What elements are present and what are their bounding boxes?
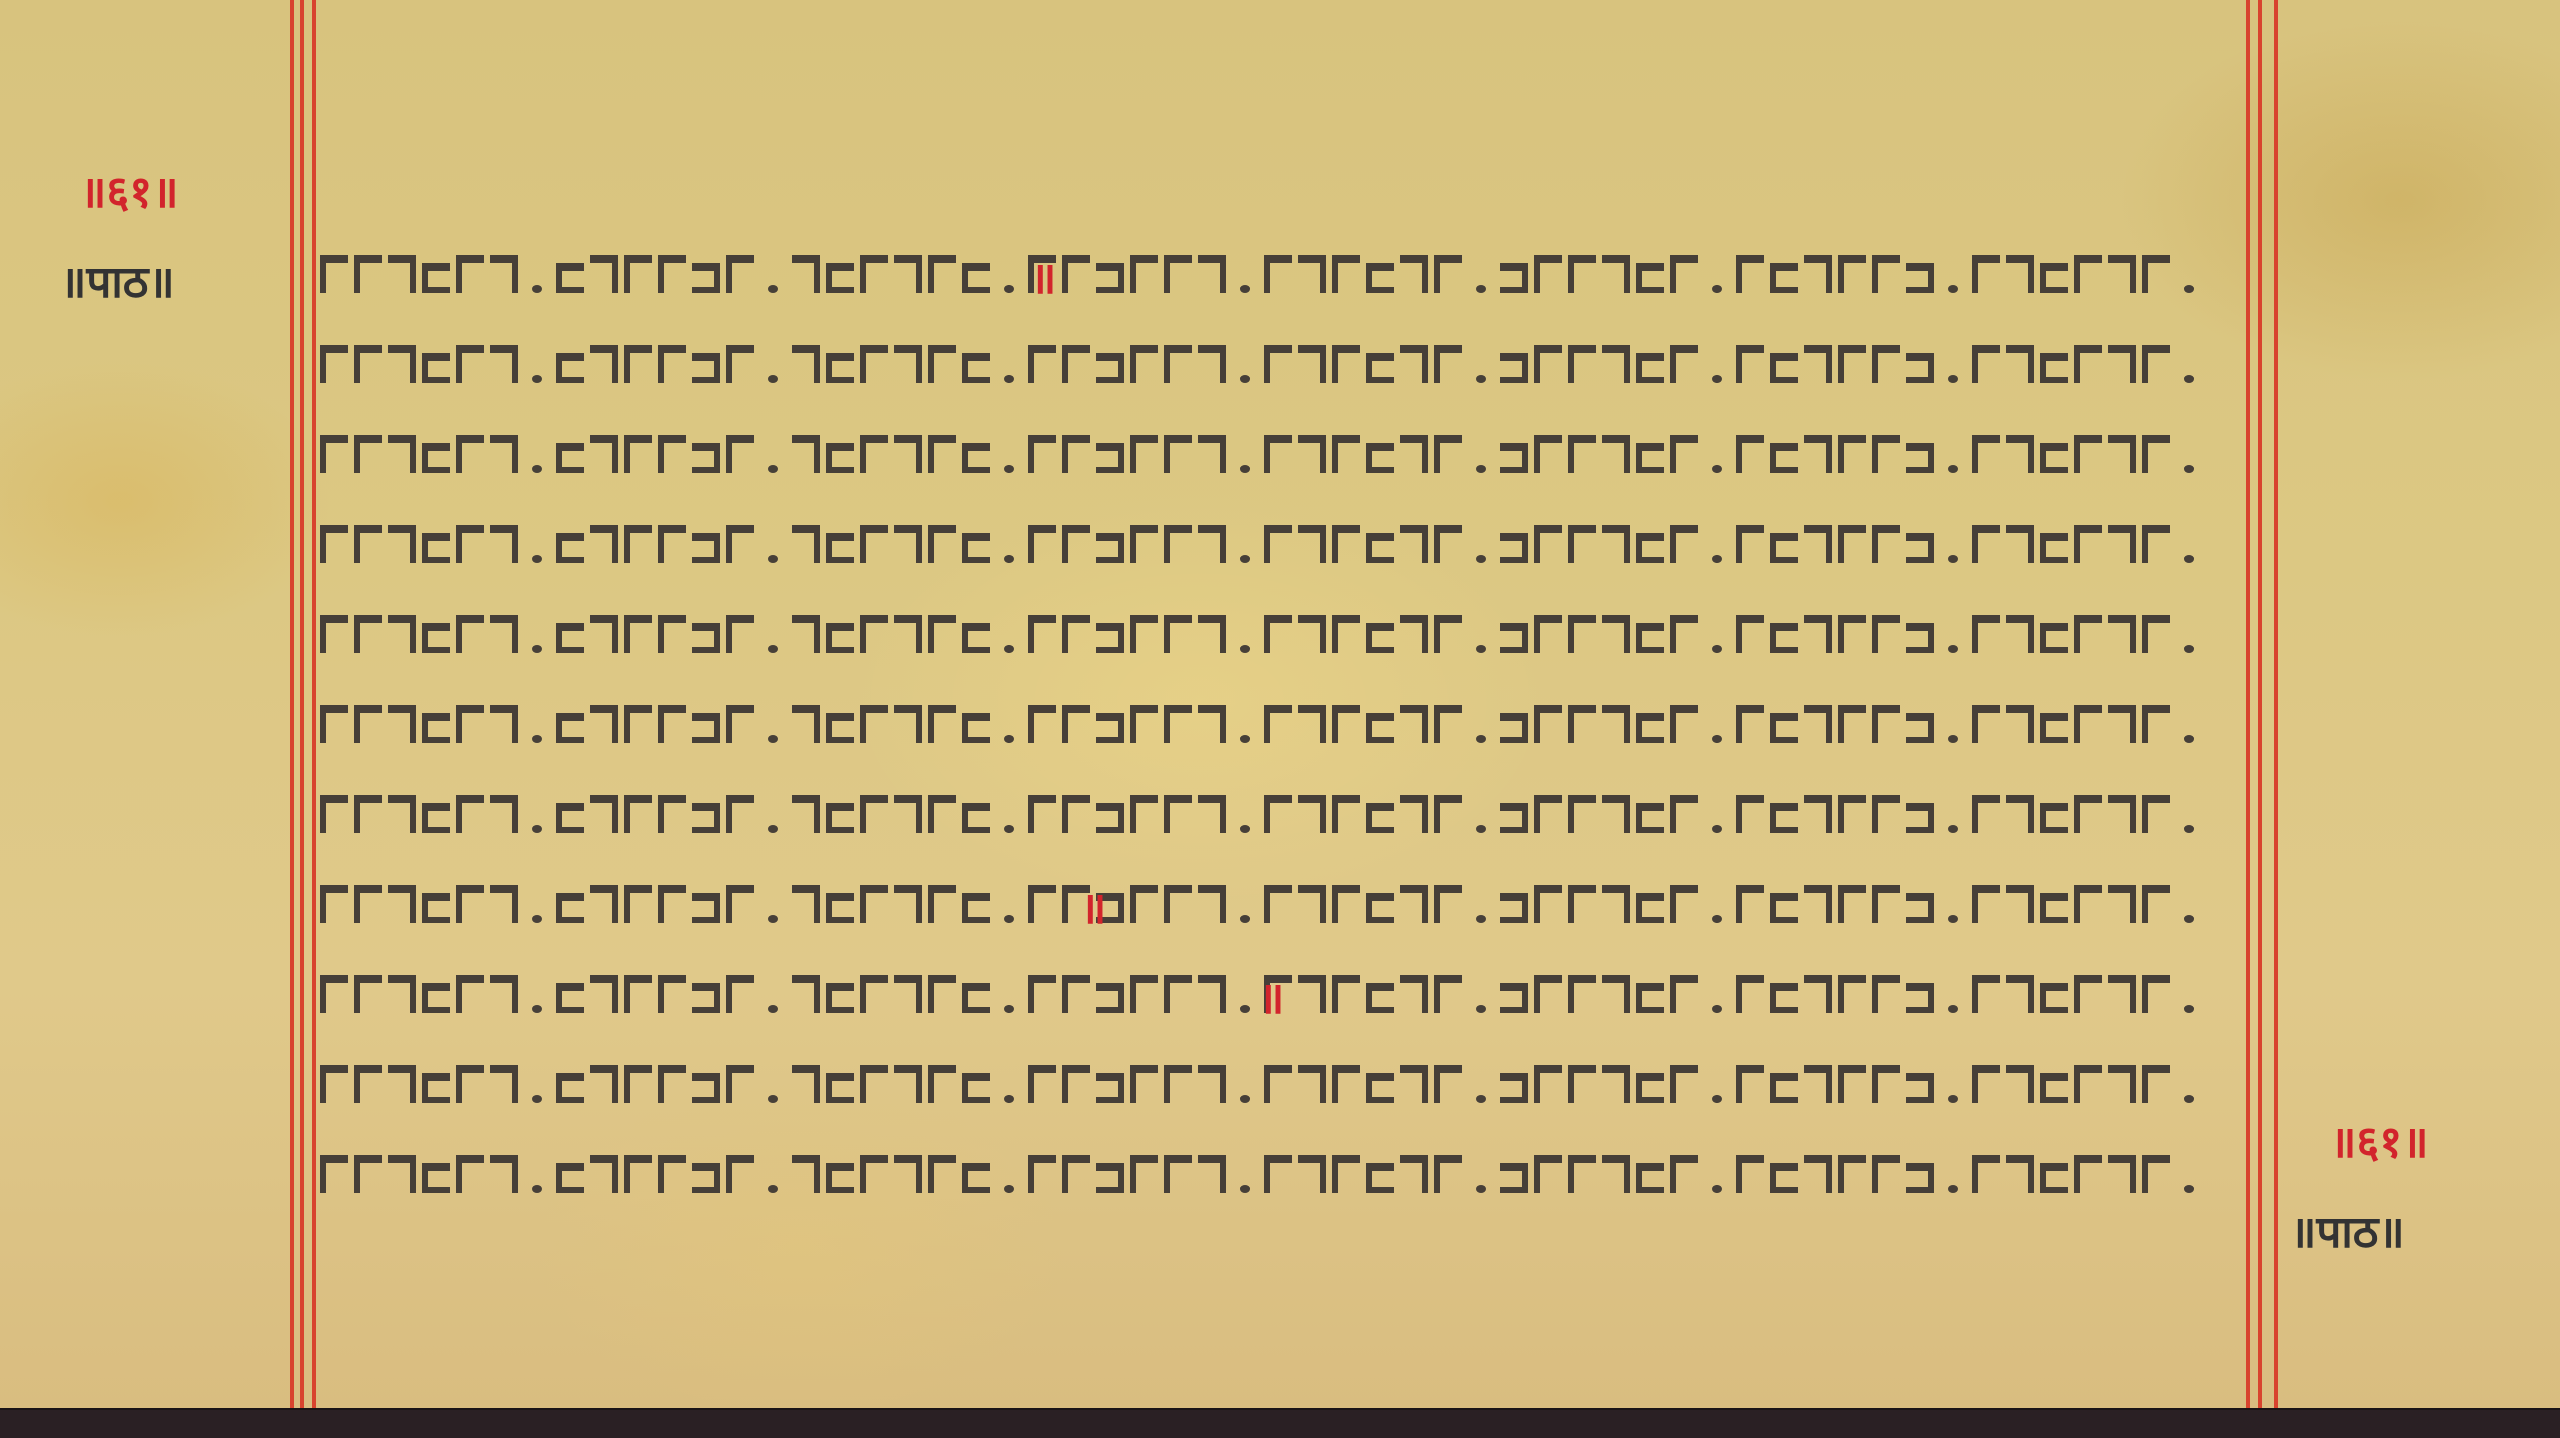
ink-script	[320, 433, 2245, 473]
left-border-rule	[312, 0, 316, 1408]
text-line: ॥	[320, 858, 2245, 948]
red-danda-mark: ॥	[1080, 876, 1102, 936]
text-line	[320, 1038, 2245, 1128]
text-line	[320, 318, 2245, 408]
right-folio-title: ॥पाठ॥	[2290, 1200, 2405, 1260]
text-line	[320, 588, 2245, 678]
text-line	[320, 678, 2245, 768]
text-line	[320, 498, 2245, 588]
ink-script	[320, 973, 2245, 1013]
ink-script	[320, 703, 2245, 743]
ink-script	[320, 613, 2245, 653]
left-border-rule	[300, 0, 304, 1408]
text-block: ॥॥॥	[320, 228, 2245, 1218]
left-folio-title: ॥पाठ॥	[60, 250, 175, 310]
right-border-rule	[2246, 0, 2250, 1408]
red-danda-mark: ॥	[1030, 246, 1052, 306]
ink-script	[320, 253, 2245, 293]
ink-script	[320, 1153, 2245, 1193]
ink-script	[320, 343, 2245, 383]
right-border-rule	[2258, 0, 2262, 1408]
text-line: ॥	[320, 948, 2245, 1038]
red-danda-mark: ॥	[1258, 966, 1280, 1026]
ink-script	[320, 523, 2245, 563]
text-line	[320, 1128, 2245, 1218]
text-line	[320, 768, 2245, 858]
left-border-rule	[290, 0, 294, 1408]
right-folio-number: ॥६१॥	[2330, 1110, 2428, 1170]
text-line: ॥	[320, 228, 2245, 318]
ink-script	[320, 793, 2245, 833]
manuscript-leaf: ॥६१॥ ॥पाठ॥ ॥६१॥ ॥पाठ॥ ॥॥॥	[0, 0, 2560, 1410]
text-line	[320, 408, 2245, 498]
left-folio-number: ॥६१॥	[80, 160, 178, 220]
ink-script	[320, 883, 2245, 923]
right-border-rule	[2274, 0, 2278, 1408]
ink-script	[320, 1063, 2245, 1103]
